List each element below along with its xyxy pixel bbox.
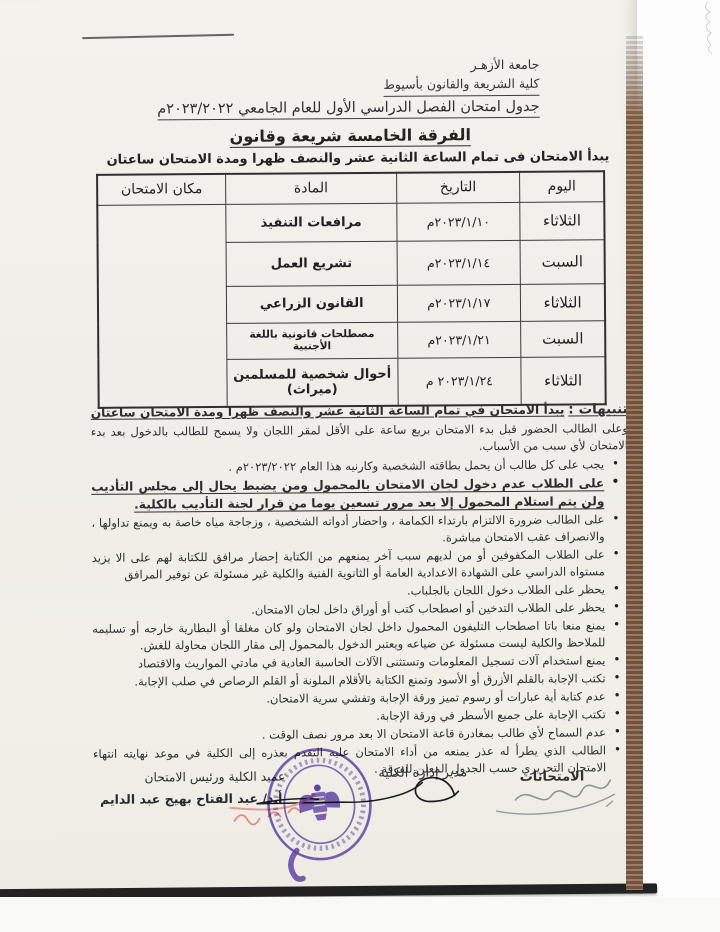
photo-background	[0, 897, 720, 932]
subject-cell: القانون الزراعي	[226, 285, 397, 323]
note-item: على الطالب ضرورة الالتزام بارتداء الكمام…	[91, 511, 604, 549]
notes-intro-rest: وعلى الطالب الحضور قبل بدء الامتحان بربع…	[91, 421, 628, 453]
column-header-date: التاريخ	[396, 172, 520, 203]
photo-frame: جامعة الأزهـر كلية الشريعة والقانون بأسي…	[0, 0, 720, 932]
note-item: على الطلاب عدم دخول لجان الامتحان بالمحم…	[91, 474, 604, 514]
margin-scribble	[694, 0, 718, 56]
notes-list: يجب على كل طالب أن يحمل بطاقته الشخصية و…	[91, 456, 630, 780]
day-cell: السبت	[520, 239, 605, 284]
note-item: على الطلاب المكفوفين أو من لديهم سبب آخر…	[92, 546, 605, 584]
column-header-location: مكان الامتحان	[97, 174, 226, 205]
subject-cell: مرافعات التنفيذ	[226, 203, 397, 242]
exams-office-signature	[488, 766, 620, 819]
paper-tilt-wrapper: جامعة الأزهـر كلية الشريعة والقانون بأسي…	[0, 0, 720, 932]
date-cell: ٢٠٢٣/١/١٧م	[397, 284, 521, 322]
notes-intro: تنبيهات : يبدأ الامتحان في تمام الساعة ا…	[91, 400, 628, 458]
subject-cell: مصطلحات قانونية باللغة الأجنبية	[227, 322, 398, 359]
note-item: عدم كتابة أية عبارات أو رسوم تميز ورقة ا…	[93, 689, 606, 710]
grade-title-text: الفرقة الخامسة شريعة وقانون	[230, 125, 471, 148]
notes-label: تنبيهات :	[568, 401, 628, 417]
document-content: جامعة الأزهـر كلية الشريعة والقانون بأسي…	[0, 0, 720, 932]
note-item: تكتب الإجابة بالقلم الأزرق أو الأسود وتم…	[93, 671, 606, 692]
grade-title: الفرقة الخامسة شريعة وقانون	[96, 124, 605, 147]
subject-cell: أحوال شخصية للمسلمين (ميراث)	[227, 358, 398, 407]
day-cell: السبت	[521, 320, 606, 357]
date-cell: ٢٠٢٣/١/٢١م	[397, 321, 521, 358]
exam-schedule-table: اليومالتاريخالمادةمكان الامتحان الثلاثاء…	[96, 170, 607, 409]
day-cell: الثلاثاء	[521, 356, 606, 405]
note-item: يحظر على الطلاب دخول اللجان بالجلباب.	[92, 581, 605, 602]
note-item: يحظر على الطلاب التدخين أو اصطحاب كتب أو…	[92, 599, 605, 620]
university-name: جامعة الأزهـر	[383, 55, 539, 75]
binding-strip	[626, 34, 643, 890]
faculty-name: كلية الشريعة والقانون بأسيوط	[383, 74, 539, 96]
exam-location-cell	[97, 204, 227, 408]
official-round-stamp	[256, 740, 383, 883]
date-cell: ٢٠٢٣/١/١٠م	[396, 202, 520, 241]
timing-note: يبدأ الامتحان فى تمام الساعة الثانية عشر…	[90, 149, 626, 168]
exam-row: الثلاثاء٢٠٢٣/١/١٠ممرافعات التنفيذ	[97, 201, 604, 243]
date-cell: ٢٠٢٣/١/٢٤ م	[397, 357, 521, 406]
subject-cell: تشريع العمل	[226, 241, 397, 286]
day-cell: الثلاثاء	[520, 201, 605, 240]
note-item: يمنع منعا باتا اصطحاب التليفون المحمول د…	[92, 617, 605, 655]
notes-intro-bold: يبدأ الامتحان في تمام الساعة الثانية عشر…	[91, 403, 565, 420]
stamp-eagle-emblem	[297, 782, 342, 823]
exam-table-body: الثلاثاء٢٠٢٣/١/١٠ممرافعات التنفيذالسبت٢٠…	[97, 201, 605, 408]
column-header-subject: المادة	[225, 173, 396, 204]
letterhead: جامعة الأزهـر كلية الشريعة والقانون بأسي…	[383, 55, 539, 97]
date-cell: ٢٠٢٣/١/١٤م	[397, 240, 521, 285]
notes-section: تنبيهات : يبدأ الامتحان في تمام الساعة ا…	[91, 400, 631, 781]
day-cell: الثلاثاء	[521, 283, 606, 321]
note-item: يجب على كل طالب أن يحمل بطاقته الشخصية و…	[91, 456, 604, 477]
exam-table-head: اليومالتاريخالمادةمكان الامتحان	[97, 171, 604, 205]
column-header-day: اليوم	[520, 171, 605, 202]
note-item: تكتب الإجابة على جميع الأسطر في ورقة الإ…	[93, 707, 606, 728]
note-item: يمنع استخدام آلات تسجيل المعلومات وتستثن…	[92, 653, 605, 674]
schedule-title: جدول امتحان الفصل الدراسي الأول للعام ال…	[157, 99, 539, 121]
